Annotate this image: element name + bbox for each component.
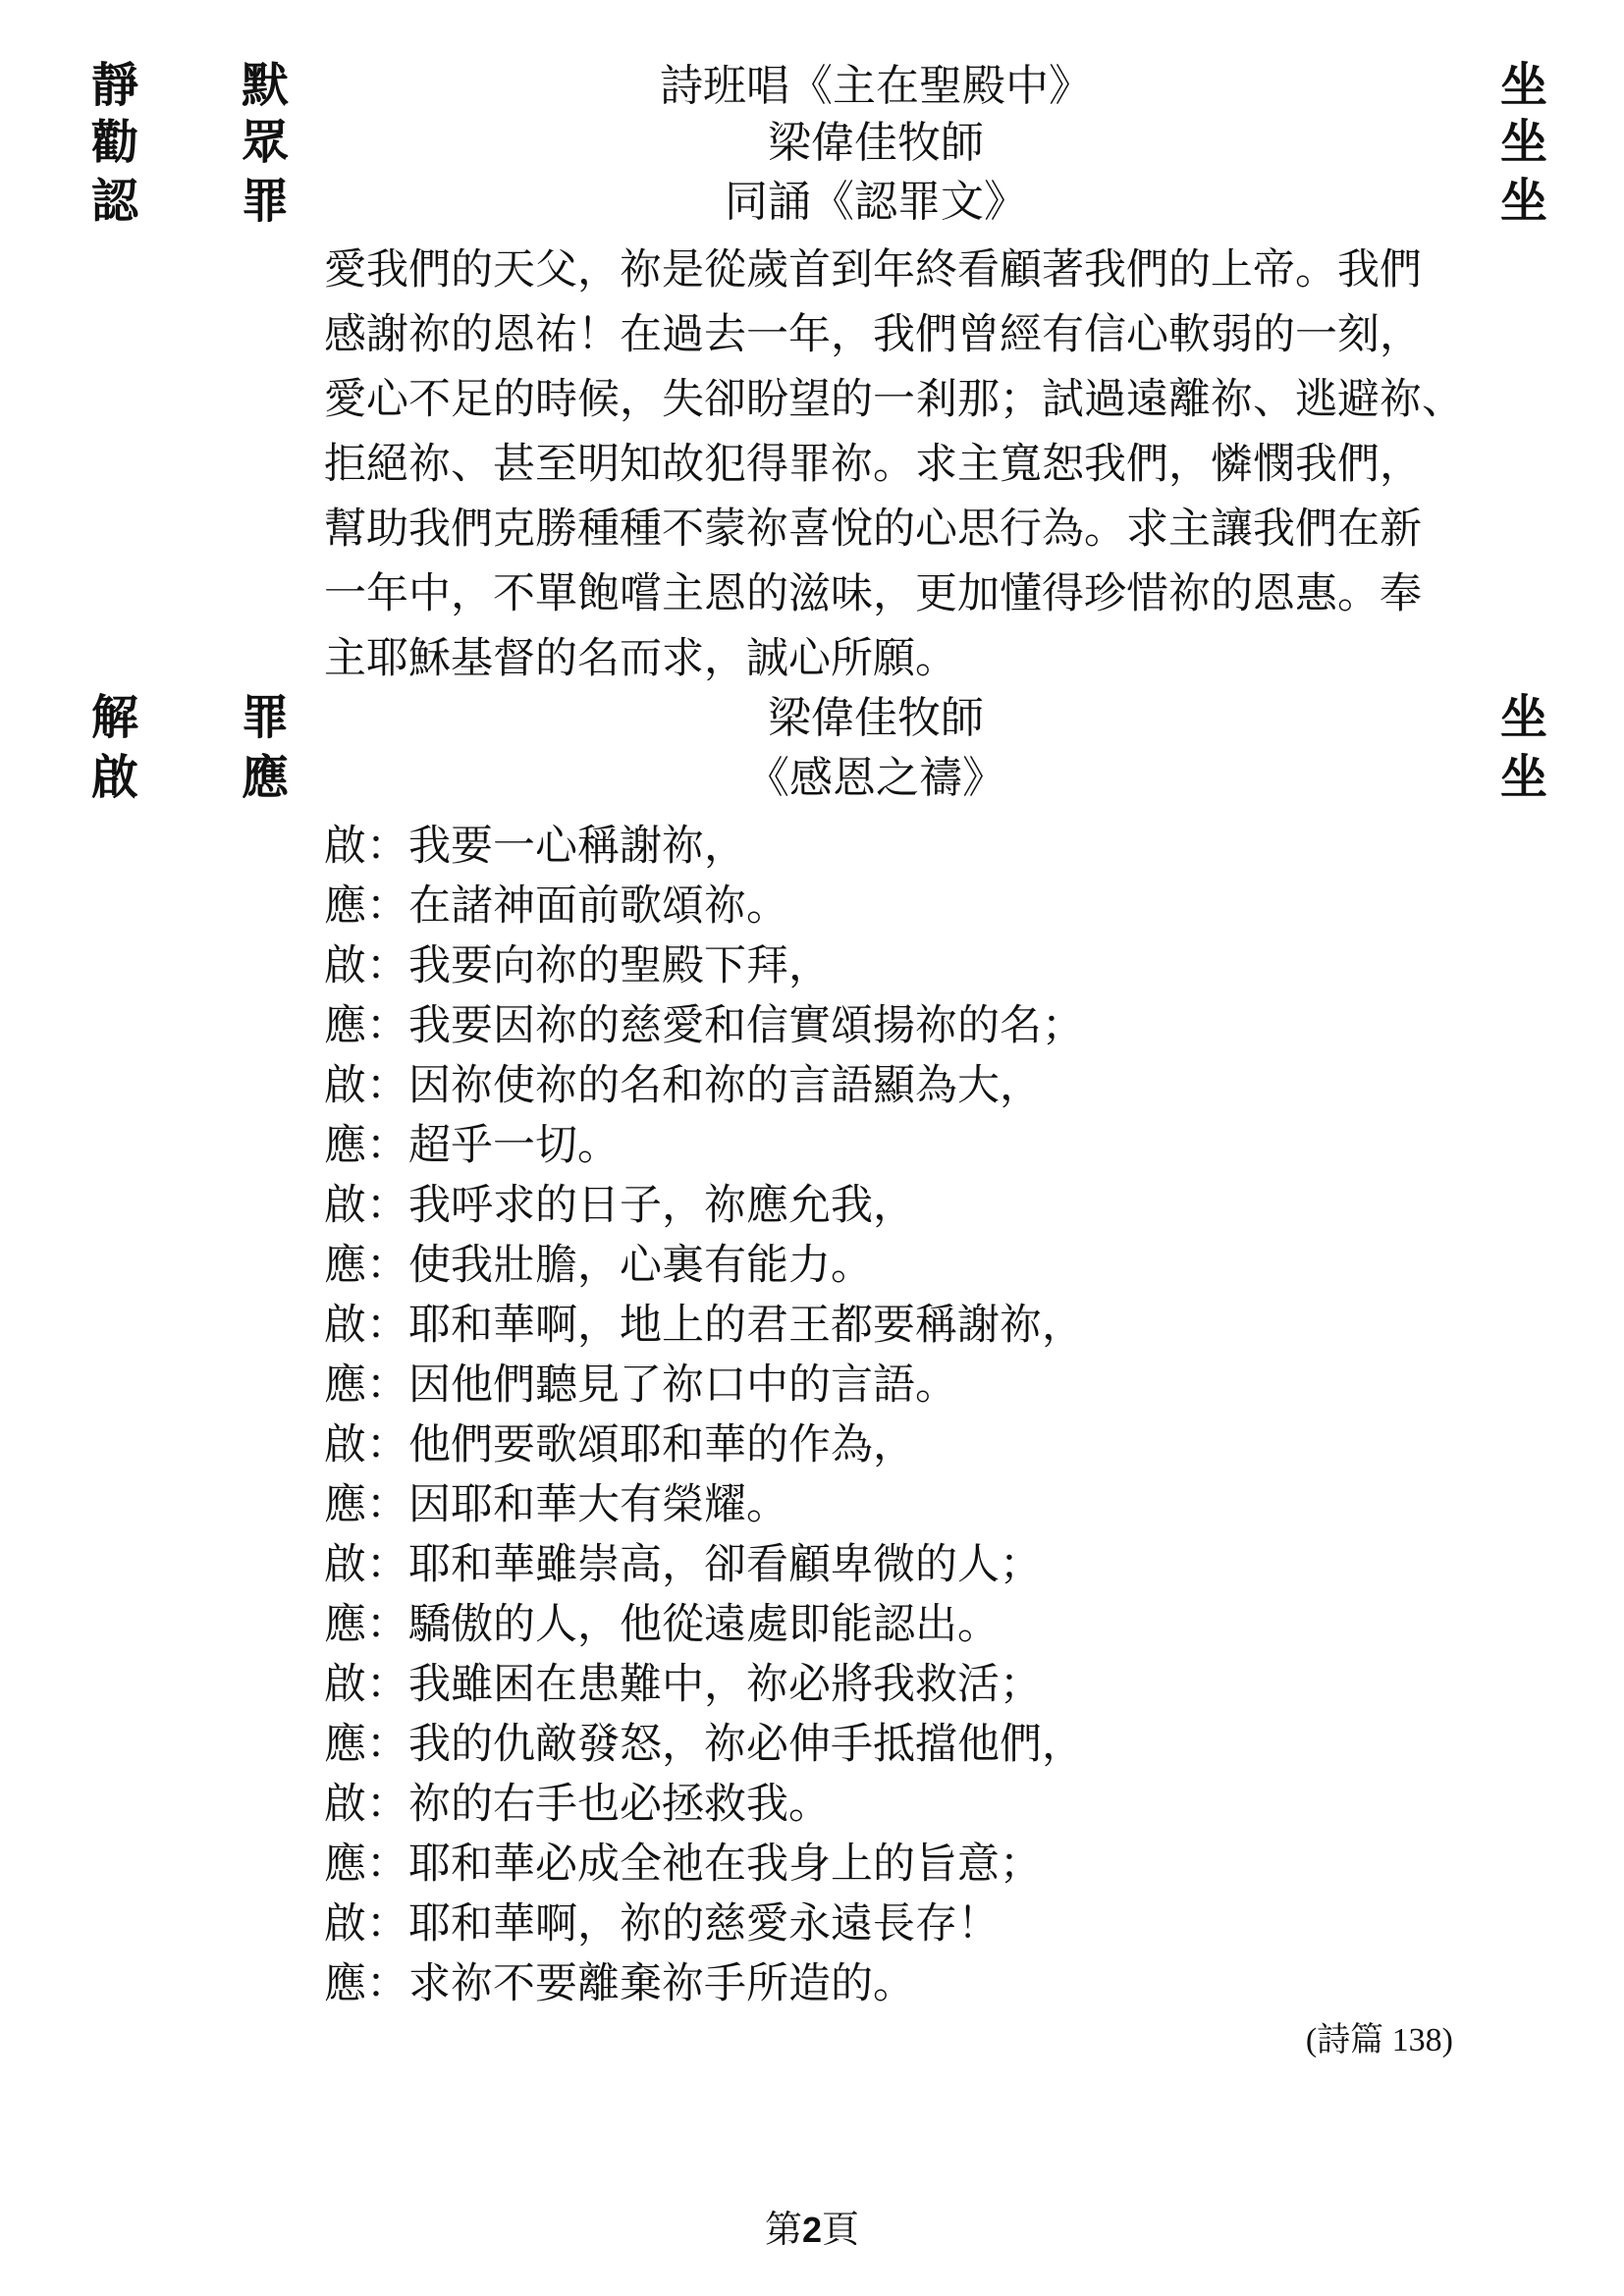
label-char: 罪 <box>242 695 289 742</box>
responsive-line: 啟：因祢使祢的名和祢的言語顯為大， <box>324 1056 1478 1116</box>
label-char: 應 <box>242 755 289 802</box>
responsive-line: 啟：我要向祢的聖殿下拜， <box>324 936 1478 996</box>
posture-indicator: 坐 <box>1500 179 1547 226</box>
bulletin-page: 靜 默 詩班唱《主在聖殿中》 坐 勸 眾 梁偉佳牧師 坐 認 罪 同誦《認罪文》… <box>0 0 1624 2296</box>
responsive-line: 啟：我雖困在患難中，祢必將我救活； <box>324 1655 1478 1715</box>
responsive-reading: 啟：我要一心稱謝祢， 應：在諸神面前歌頌祢。 啟：我要向祢的聖殿下拜， 應：我要… <box>324 817 1478 2014</box>
responsive-line: 啟：耶和華啊，祢的慈愛永遠長存！ <box>324 1895 1478 1954</box>
service-item-label: 靜 默 <box>91 63 289 110</box>
service-item-title: 詩班唱《主在聖殿中》 <box>324 65 1428 108</box>
responsive-line: 啟：他們要歌頌耶和華的作為， <box>324 1415 1478 1475</box>
service-item-label: 認 罪 <box>91 179 289 226</box>
responsive-line: 啟：我呼求的日子，祢應允我， <box>324 1176 1478 1236</box>
footer-prefix: 第 <box>765 2210 802 2251</box>
label-char: 靜 <box>91 63 138 110</box>
service-item-leader: 梁偉佳牧師 <box>324 122 1428 165</box>
responsive-line: 應：使我壯膽，心裏有能力。 <box>324 1236 1478 1296</box>
confession-line: 愛心不足的時候，失卻盼望的一剎那；試過遠離祢、逃避祢、 <box>324 368 1478 433</box>
confession-line: 愛我們的天父，祢是從歲首到年終看顧著我們的上帝。我們 <box>324 239 1478 303</box>
label-char: 眾 <box>242 120 289 167</box>
label-char: 勸 <box>91 120 138 167</box>
service-item-title: 《感恩之禱》 <box>324 757 1428 800</box>
footer-suffix: 頁 <box>822 2210 859 2251</box>
confession-line: 感謝祢的恩祐！在過去一年，我們曾經有信心軟弱的一刻， <box>324 303 1478 368</box>
service-item-title: 同誦《認罪文》 <box>324 181 1428 224</box>
service-item-label: 啟 應 <box>91 755 289 802</box>
responsive-line: 應：驕傲的人，他從遠處即能認出。 <box>324 1595 1478 1655</box>
responsive-line: 啟：我要一心稱謝祢， <box>324 817 1478 877</box>
responsive-line: 應：求祢不要離棄祢手所造的。 <box>324 1954 1478 2014</box>
confession-line: 主耶穌基督的名而求，誠心所願。 <box>324 627 1478 692</box>
confession-prayer: 愛我們的天父，祢是從歲首到年終看顧著我們的上帝。我們 感謝祢的恩祐！在過去一年，… <box>324 239 1478 692</box>
label-char: 啟 <box>91 755 138 802</box>
page-footer: 第2頁 <box>0 2212 1624 2249</box>
responsive-line: 應：因他們聽見了祢口中的言語。 <box>324 1356 1478 1415</box>
label-char: 認 <box>91 179 138 226</box>
service-item-leader: 梁偉佳牧師 <box>324 697 1428 740</box>
confession-line: 拒絕祢、甚至明知故犯得罪祢。求主寬恕我們，憐憫我們， <box>324 433 1478 498</box>
responsive-line: 啟：耶和華啊，地上的君王都要稱謝祢， <box>324 1296 1478 1356</box>
responsive-line: 應：耶和華必成全祂在我身上的旨意； <box>324 1835 1478 1895</box>
posture-indicator: 坐 <box>1500 63 1547 110</box>
responsive-line: 應：超乎一切。 <box>324 1116 1478 1176</box>
confession-line: 幫助我們克勝種種不蒙祢喜悅的心思行為。求主讓我們在新 <box>324 498 1478 562</box>
label-char: 罪 <box>242 179 289 226</box>
service-item-label: 勸 眾 <box>91 120 289 167</box>
posture-indicator: 坐 <box>1500 755 1547 802</box>
responsive-line: 應：我要因祢的慈愛和信實頌揚祢的名； <box>324 996 1478 1056</box>
responsive-line: 啟：耶和華雖崇高，卻看顧卑微的人； <box>324 1535 1478 1595</box>
responsive-line: 應：在諸神面前歌頌祢。 <box>324 877 1478 936</box>
label-char: 默 <box>242 63 289 110</box>
responsive-line: 應：我的仇敵發怒，祢必伸手抵擋他們， <box>324 1715 1478 1775</box>
posture-indicator: 坐 <box>1500 695 1547 742</box>
responsive-line: 應：因耶和華大有榮耀。 <box>324 1475 1478 1535</box>
responsive-line: 啟：祢的右手也必拯救我。 <box>324 1775 1478 1835</box>
service-item-label: 解 罪 <box>91 695 289 742</box>
page-number: 2 <box>802 2210 822 2250</box>
scripture-reference: (詩篇 138) <box>1306 2024 1453 2057</box>
label-char: 解 <box>91 695 138 742</box>
confession-line: 一年中，不單飽嚐主恩的滋味，更加懂得珍惜祢的恩惠。奉 <box>324 562 1478 627</box>
posture-indicator: 坐 <box>1500 120 1547 167</box>
